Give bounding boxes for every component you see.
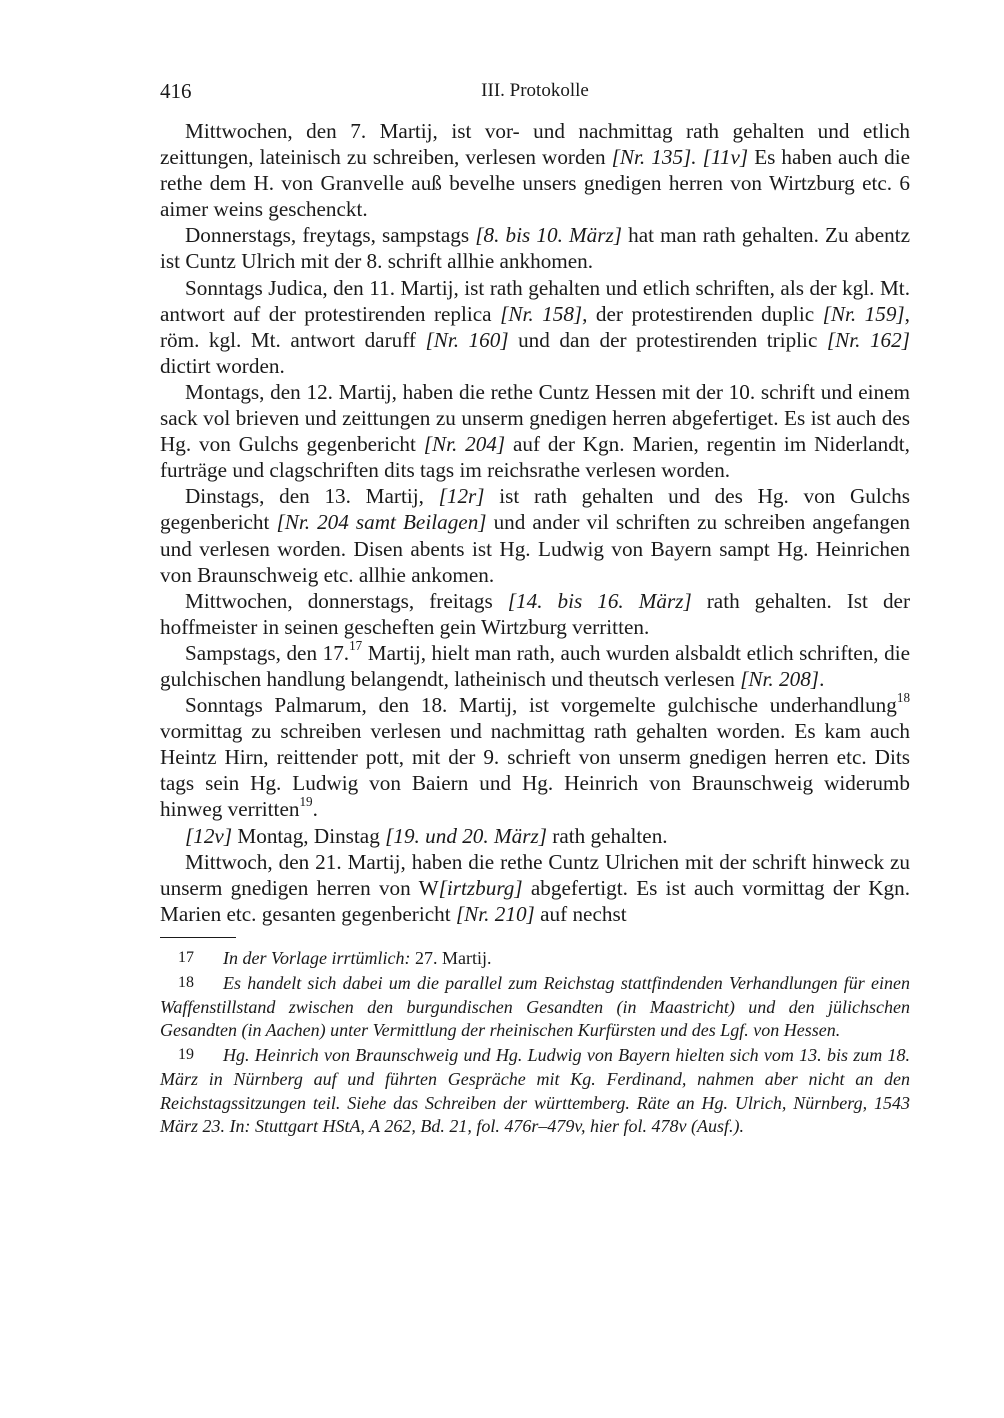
paragraph: Sonntags Palmarum, den 18. Martij, ist v…: [160, 692, 910, 822]
editorial-italic-text: In der Vorlage irrtümlich:: [223, 948, 410, 968]
editorial-italic-text: [irtzburg]: [439, 876, 523, 900]
footnote: 18Es handelt sich dabei um die parallel …: [160, 971, 910, 1043]
editorial-italic-text: [Nr. 160]: [425, 328, 508, 352]
editorial-italic-text: [Nr. 210]: [456, 902, 535, 926]
paragraph: Mittwochen, den 7. Martij, ist vor- und …: [160, 118, 910, 222]
paragraph: Donnerstags, freytags, sampstags [8. bis…: [160, 222, 910, 274]
editorial-italic-text: [12v]: [185, 824, 232, 848]
footnote-reference: 19: [299, 794, 312, 809]
document-page: 416 III. Protokolle Mittwochen, den 7. M…: [160, 76, 910, 1139]
footnote-reference: 17: [349, 638, 362, 653]
text-run: der protestiren­den duplic: [587, 302, 822, 326]
editorial-italic-text: [12r]: [439, 484, 485, 508]
text-run: Sampstags, den 17.: [185, 641, 349, 665]
paragraph: Mittwoch, den 21. Martij, haben die reth…: [160, 849, 910, 927]
editorial-italic-text: [Nr. 159]: [823, 302, 905, 326]
editorial-italic-text: [14. bis 16. März]: [508, 589, 692, 613]
paragraph: Sonntags Judica, den 11. Martij, ist rat…: [160, 275, 910, 379]
editorial-italic-text: [Nr. 162]: [827, 328, 910, 352]
text-run: Sonntags Palmarum, den 18. Martij, ist v…: [185, 693, 897, 717]
text-run: Donnerstags, freytags, sampstags: [185, 223, 475, 247]
editorial-italic-text: [Nr. 208]: [740, 667, 819, 691]
footnotes: 17In der Vorlage irrtümlich: 27. Martij.…: [160, 946, 910, 1139]
text-run: .: [819, 667, 824, 691]
paragraph: Sampstags, den 17.17 Martij, hielt man r…: [160, 640, 910, 692]
running-head: 416 III. Protokolle: [160, 76, 910, 106]
body-text: Mittwochen, den 7. Martij, ist vor- und …: [160, 118, 910, 927]
paragraph: Dinstags, den 13. Martij, [12r] ist rath…: [160, 483, 910, 587]
editorial-italic-text: [8. bis 10. März]: [475, 223, 622, 247]
paragraph: Montags, den 12. Martij, haben die rethe…: [160, 379, 910, 483]
editorial-italic-text: [Nr. 135]. [11v]: [612, 145, 749, 169]
editorial-italic-text: Hg. Heinrich von Braunschweig und Hg. Lu…: [160, 1045, 910, 1136]
paragraph: [12v] Montag, Dinstag [19. und 20. März]…: [160, 823, 910, 849]
text-run: rath gehalten.: [547, 824, 668, 848]
text-run: vormittag zu schreiben verlesen und nach…: [160, 719, 910, 821]
footnote-reference: 18: [897, 690, 910, 705]
text-run: 27. Martij.: [410, 948, 491, 968]
footnote: 19Hg. Heinrich von Braunschweig und Hg. …: [160, 1043, 910, 1139]
text-run: Dinstags, den 13. Martij,: [185, 484, 439, 508]
editorial-italic-text: [19. und 20. März]: [385, 824, 547, 848]
section-title: III. Protokolle: [160, 76, 910, 106]
footnote-number: 19: [178, 1043, 223, 1067]
text-run: und dan der protestirenden triplic: [509, 328, 827, 352]
editorial-italic-text: [Nr. 158],: [500, 302, 587, 326]
editorial-italic-text: Es handelt sich dabei um die parallel zu…: [160, 973, 910, 1041]
footnote-separator: [160, 937, 236, 938]
editorial-italic-text: [Nr. 204 samt Beilagen]: [276, 510, 486, 534]
text-run: dictirt worden.: [160, 354, 285, 378]
text-run: Mittwochen, donnerstags, freitags: [185, 589, 508, 613]
paragraph: Mittwochen, donnerstags, freitags [14. b…: [160, 588, 910, 640]
footnote-number: 17: [178, 946, 223, 970]
text-run: .: [313, 797, 318, 821]
footnote: 17In der Vorlage irrtümlich: 27. Martij.: [160, 946, 910, 971]
footnote-number: 18: [178, 971, 223, 995]
text-run: Montag, Dinstag: [232, 824, 385, 848]
editorial-italic-text: [Nr. 204]: [424, 432, 505, 456]
text-run: auf nechst: [535, 902, 627, 926]
